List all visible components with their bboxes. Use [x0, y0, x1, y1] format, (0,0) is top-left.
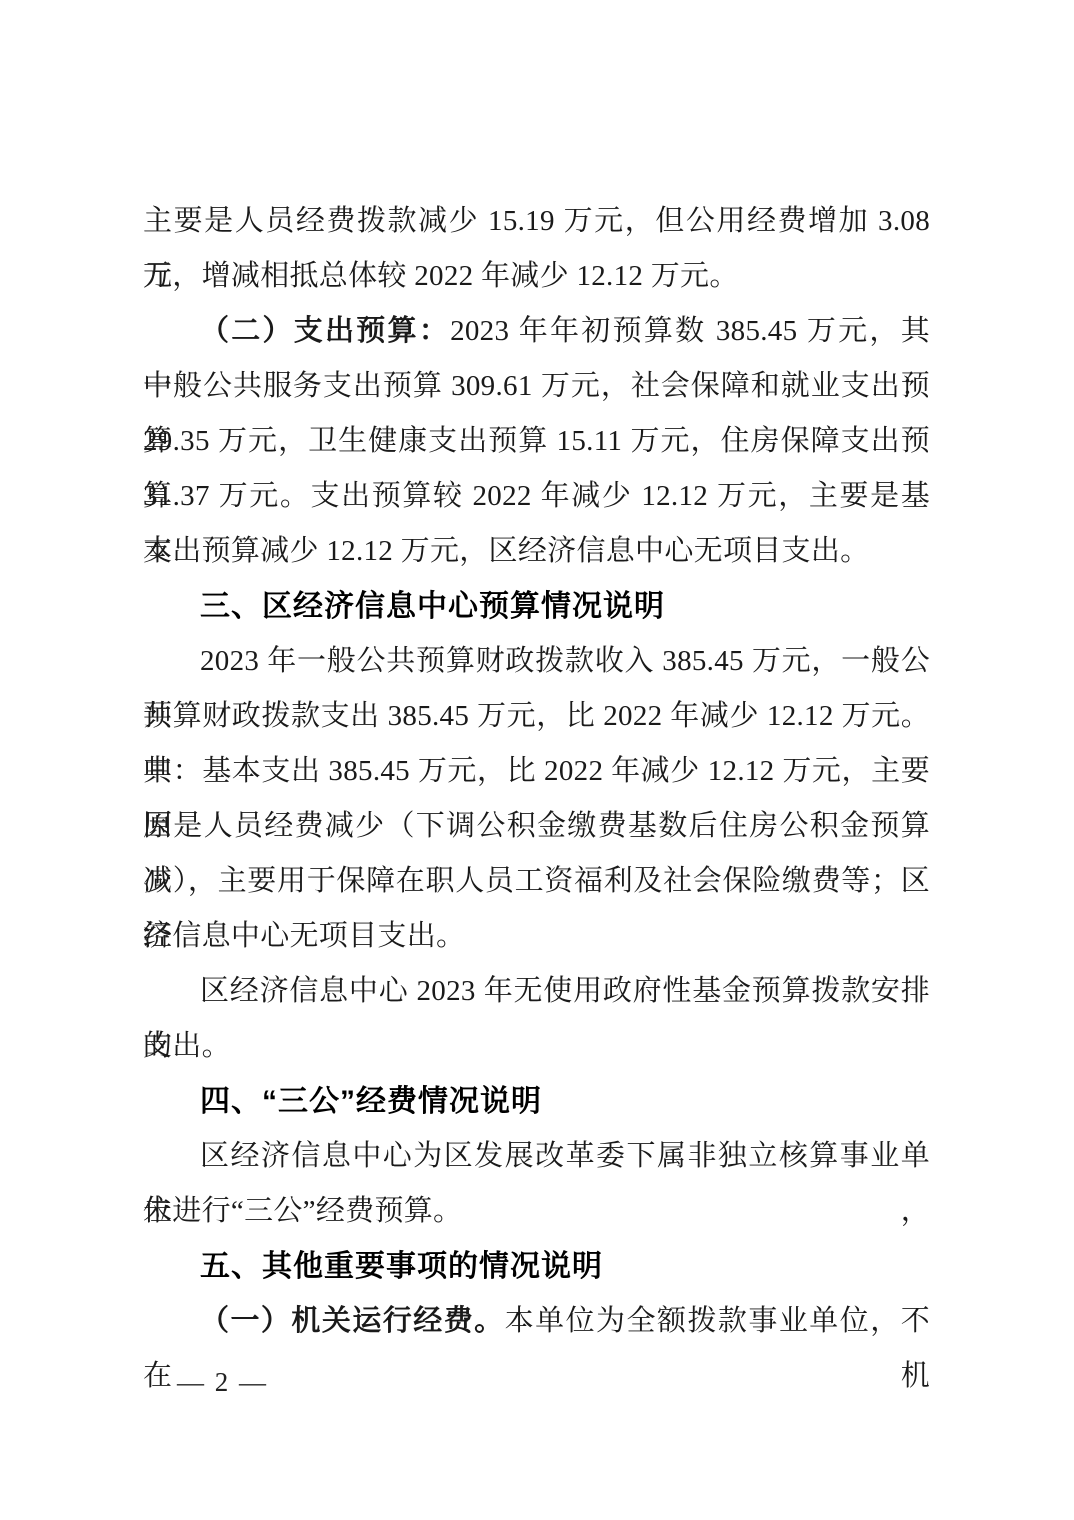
text-line: （一）机关运行经费。本单位为全额拨款事业单位，不在机 [143, 1294, 930, 1349]
heading-section-4: 四、“三公”经费情况说明 [143, 1074, 930, 1129]
text-line: 区经济信息中心为区发展改革委下属非独立核算事业单位， [143, 1129, 930, 1184]
text-line: 中：基本支出 385.45 万元，比 2022 年减少 12.12 万元，主要原 [143, 744, 930, 799]
paragraph-lead: （二）支出预算： [200, 315, 450, 347]
document-page: 主要是人员经费拨款减少 15.19 万元，但公用经费增加 3.08 万 元，增减… [0, 0, 1074, 1520]
paragraph-lead: （一）机关运行经费。 [200, 1305, 505, 1337]
text-line: （二）支出预算：2023 年年初预算数 385.45 万元，其中： [143, 304, 930, 359]
text-line: 区经济信息中心 2023 年无使用政府性基金预算拨款安排的 [143, 964, 930, 1019]
heading-section-5: 五、其他重要事项的情况说明 [143, 1239, 930, 1294]
text-line: 济信息中心无项目支出。 [143, 909, 930, 964]
text-line: 主要是人员经费拨款减少 15.19 万元，但公用经费增加 3.08 万 [143, 194, 930, 249]
text-line: 元，增减相抵总体较 2022 年减少 12.12 万元。 [143, 249, 930, 304]
page-number: — 2 — [177, 1369, 268, 1396]
text-line: 因是人员经费减少（下调公积金缴费基数后住房公积金预算减 [143, 799, 930, 854]
text-line: 支出。 [143, 1019, 930, 1074]
text-line: 2023 年一般公共预算财政拨款收入 385.45 万元，一般公共 [143, 634, 930, 689]
text-line: 支出预算减少 12.12 万元，区经济信息中心无项目支出。 [143, 524, 930, 579]
text-line: 31.37 万元。支出预算较 2022 年减少 12.12 万元，主要是基本 [143, 469, 930, 524]
text-line: 预算财政拨款支出 385.45 万元，比 2022 年减少 12.12 万元。其 [143, 689, 930, 744]
document-body: 主要是人员经费拨款减少 15.19 万元，但公用经费增加 3.08 万 元，增减… [143, 194, 930, 1349]
text-line: 一般公共服务支出预算 309.61 万元，社会保障和就业支出预算 [143, 359, 930, 414]
text-line: 少），主要用于保障在职人员工资福利及社会保险缴费等；区经 [143, 854, 930, 909]
heading-section-3: 三、区经济信息中心预算情况说明 [143, 579, 930, 634]
text-line: 29.35 万元，卫生健康支出预算 15.11 万元，住房保障支出预算 [143, 414, 930, 469]
